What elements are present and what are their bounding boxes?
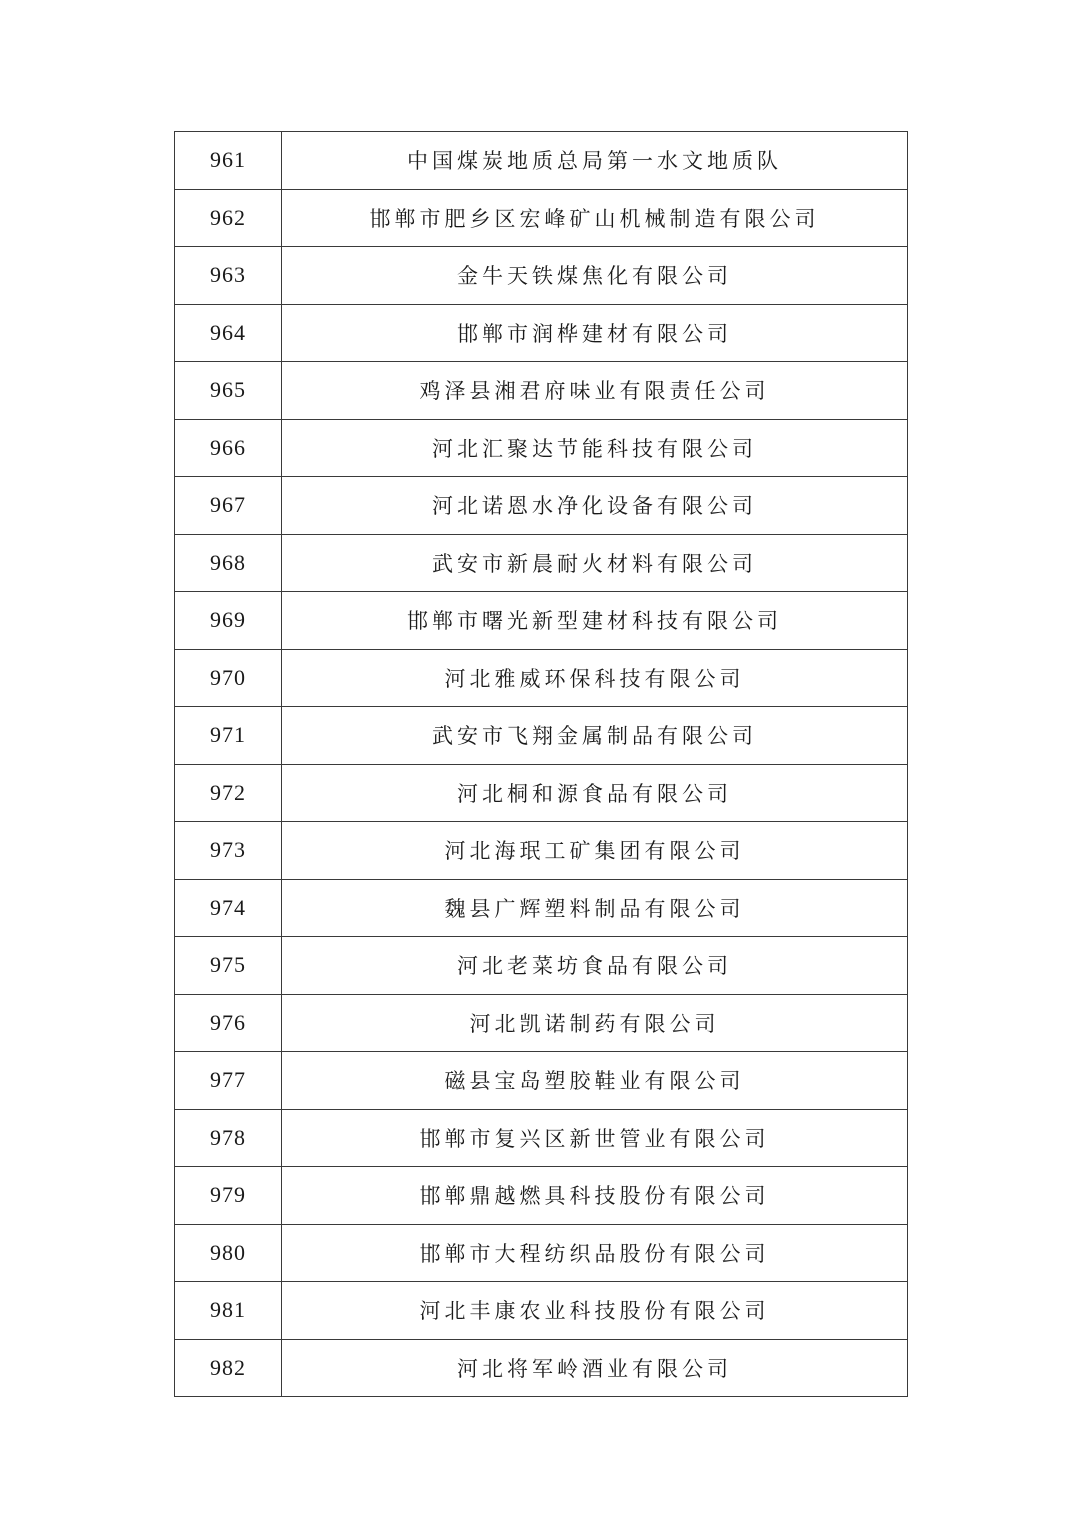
company-name: 中国煤炭地质总局第一水文地质队: [282, 132, 908, 190]
row-number: 970: [175, 649, 282, 707]
row-number: 965: [175, 362, 282, 420]
table-row: 965鸡泽县湘君府味业有限责任公司: [175, 362, 908, 420]
row-number: 969: [175, 592, 282, 650]
company-name: 金牛天铁煤焦化有限公司: [282, 247, 908, 305]
company-name: 河北雅威环保科技有限公司: [282, 649, 908, 707]
company-name: 河北凯诺制药有限公司: [282, 994, 908, 1052]
table-row: 978邯郸市复兴区新世管业有限公司: [175, 1109, 908, 1167]
row-number: 968: [175, 534, 282, 592]
table-row: 973河北海珉工矿集团有限公司: [175, 822, 908, 880]
table-row: 980邯郸市大程纺织品股份有限公司: [175, 1224, 908, 1282]
table-row: 964邯郸市润桦建材有限公司: [175, 304, 908, 362]
row-number: 966: [175, 419, 282, 477]
table-row: 975河北老菜坊食品有限公司: [175, 937, 908, 995]
company-name: 邯郸市大程纺织品股份有限公司: [282, 1224, 908, 1282]
company-name: 魏县广辉塑料制品有限公司: [282, 879, 908, 937]
company-list-body: 961中国煤炭地质总局第一水文地质队 962邯郸市肥乡区宏峰矿山机械制造有限公司…: [175, 132, 908, 1397]
company-list-table: 961中国煤炭地质总局第一水文地质队 962邯郸市肥乡区宏峰矿山机械制造有限公司…: [174, 131, 908, 1397]
row-number: 982: [175, 1339, 282, 1397]
document-page: 961中国煤炭地质总局第一水文地质队 962邯郸市肥乡区宏峰矿山机械制造有限公司…: [0, 0, 1080, 1527]
row-number: 974: [175, 879, 282, 937]
table-row: 982河北将军岭酒业有限公司: [175, 1339, 908, 1397]
table-row: 977磁县宝岛塑胶鞋业有限公司: [175, 1052, 908, 1110]
company-name: 河北老菜坊食品有限公司: [282, 937, 908, 995]
table-row: 974魏县广辉塑料制品有限公司: [175, 879, 908, 937]
company-name: 邯郸市复兴区新世管业有限公司: [282, 1109, 908, 1167]
row-number: 978: [175, 1109, 282, 1167]
table-row: 970河北雅威环保科技有限公司: [175, 649, 908, 707]
table-row: 961中国煤炭地质总局第一水文地质队: [175, 132, 908, 190]
row-number: 979: [175, 1167, 282, 1225]
row-number: 981: [175, 1282, 282, 1340]
table-row: 966河北汇聚达节能科技有限公司: [175, 419, 908, 477]
company-name: 武安市飞翔金属制品有限公司: [282, 707, 908, 765]
row-number: 963: [175, 247, 282, 305]
table-row: 979邯郸鼎越燃具科技股份有限公司: [175, 1167, 908, 1225]
row-number: 976: [175, 994, 282, 1052]
company-name: 河北丰康农业科技股份有限公司: [282, 1282, 908, 1340]
row-number: 971: [175, 707, 282, 765]
table-row: 968武安市新晨耐火材料有限公司: [175, 534, 908, 592]
row-number: 962: [175, 189, 282, 247]
table-row: 969邯郸市曙光新型建材科技有限公司: [175, 592, 908, 650]
company-name: 磁县宝岛塑胶鞋业有限公司: [282, 1052, 908, 1110]
company-name: 鸡泽县湘君府味业有限责任公司: [282, 362, 908, 420]
row-number: 972: [175, 764, 282, 822]
company-name: 河北海珉工矿集团有限公司: [282, 822, 908, 880]
table-row: 976河北凯诺制药有限公司: [175, 994, 908, 1052]
company-name: 河北汇聚达节能科技有限公司: [282, 419, 908, 477]
row-number: 964: [175, 304, 282, 362]
company-name: 河北桐和源食品有限公司: [282, 764, 908, 822]
table-row: 971武安市飞翔金属制品有限公司: [175, 707, 908, 765]
company-name: 邯郸市肥乡区宏峰矿山机械制造有限公司: [282, 189, 908, 247]
row-number: 977: [175, 1052, 282, 1110]
table-row: 972河北桐和源食品有限公司: [175, 764, 908, 822]
company-name: 邯郸市曙光新型建材科技有限公司: [282, 592, 908, 650]
company-name: 武安市新晨耐火材料有限公司: [282, 534, 908, 592]
row-number: 961: [175, 132, 282, 190]
company-name: 河北诺恩水净化设备有限公司: [282, 477, 908, 535]
company-name: 邯郸市润桦建材有限公司: [282, 304, 908, 362]
company-name: 邯郸鼎越燃具科技股份有限公司: [282, 1167, 908, 1225]
company-name: 河北将军岭酒业有限公司: [282, 1339, 908, 1397]
table-row: 963金牛天铁煤焦化有限公司: [175, 247, 908, 305]
table-row: 967河北诺恩水净化设备有限公司: [175, 477, 908, 535]
table-row: 981河北丰康农业科技股份有限公司: [175, 1282, 908, 1340]
row-number: 973: [175, 822, 282, 880]
row-number: 975: [175, 937, 282, 995]
row-number: 967: [175, 477, 282, 535]
table-row: 962邯郸市肥乡区宏峰矿山机械制造有限公司: [175, 189, 908, 247]
row-number: 980: [175, 1224, 282, 1282]
